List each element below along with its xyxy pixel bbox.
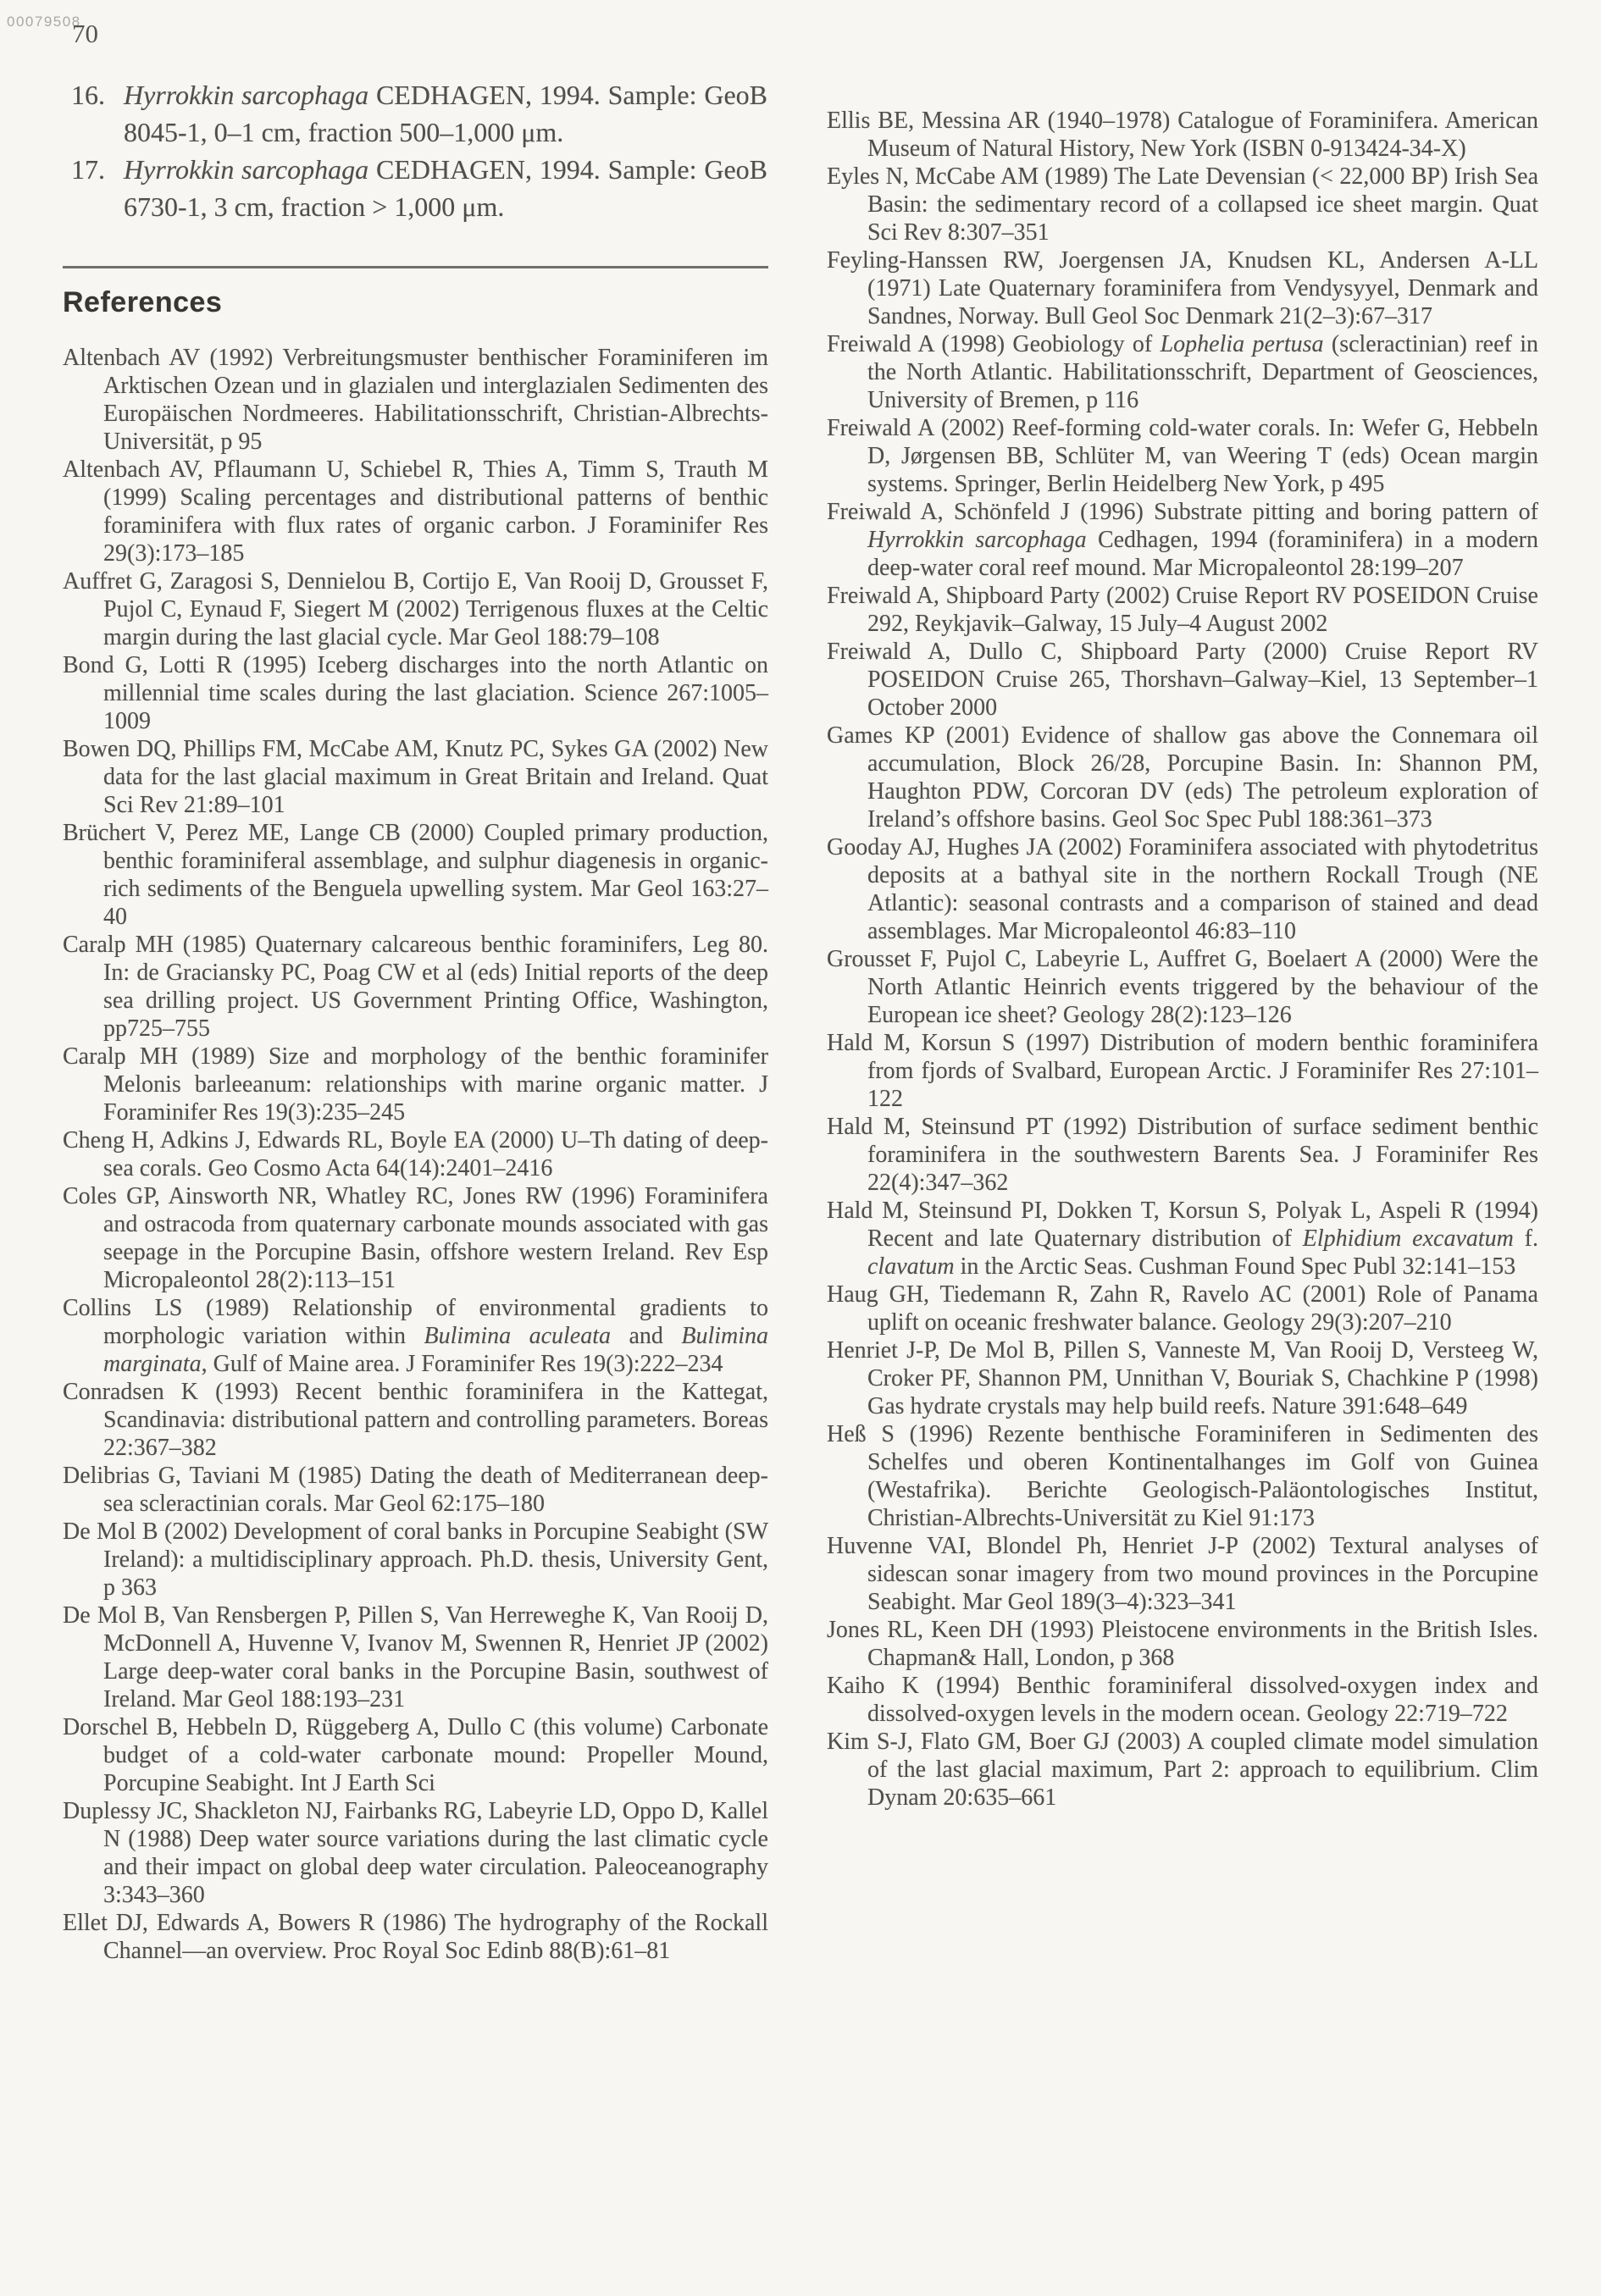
reference-text: Altenbach AV (1992) Verbreitungsmuster b… (63, 345, 768, 455)
reference-item: Hald M, Korsun S (1997) Distribution of … (827, 1029, 1538, 1113)
reference-item: Conradsen K (1993) Recent benthic forami… (63, 1378, 768, 1462)
reference-item: Games KP (2001) Evidence of shallow gas … (827, 722, 1538, 833)
reference-item: Hald M, Steinsund PT (1992) Distribution… (827, 1113, 1538, 1197)
reference-item: Ellet DJ, Edwards A, Bowers R (1986) The… (63, 1909, 768, 1965)
reference-text: and (611, 1323, 681, 1349)
taxon-name-italic: Hyrrokkin sarcophaga (867, 527, 1087, 553)
reference-item: Cheng H, Adkins J, Edwards RL, Boyle EA … (63, 1126, 768, 1182)
taxon-name-italic: Bulimina aculeata (424, 1323, 612, 1349)
reference-item: Freiwald A, Shipboard Party (2002) Cruis… (827, 582, 1538, 638)
reference-item: Freiwald A, Schönfeld J (1996) Substrate… (827, 498, 1538, 582)
reference-text: Coles GP, Ainsworth NR, Whatley RC, Jone… (63, 1183, 768, 1293)
reference-item: Grousset F, Pujol C, Labeyrie L, Auffret… (827, 945, 1538, 1029)
reference-text: , Gulf of Maine area. J Foraminifer Res … (202, 1351, 723, 1377)
left-column: 16.Hyrrokkin sarcophaga CEDHAGEN, 1994. … (63, 76, 768, 1965)
section-divider-rule (63, 266, 768, 268)
reference-item: Brüchert V, Perez ME, Lange CB (2000) Co… (63, 819, 768, 931)
reference-item: Feyling-Hanssen RW, Joergensen JA, Knuds… (827, 246, 1538, 330)
reference-text: De Mol B (2002) Development of coral ban… (63, 1519, 768, 1601)
reference-text: Duplessy JC, Shackleton NJ, Fairbanks RG… (63, 1798, 768, 1908)
taxon-name-italic: Lophelia pertusa (1161, 331, 1324, 357)
page-number: 70 (72, 19, 98, 49)
reference-item: Altenbach AV (1992) Verbreitungsmuster b… (63, 344, 768, 456)
reference-item: Freiwald A (2002) Reef-forming cold-wate… (827, 414, 1538, 498)
reference-item: Auffret G, Zaragosi S, Dennielou B, Cort… (63, 567, 768, 651)
reference-text: Freiwald A, Schönfeld J (1996) Substrate… (827, 499, 1538, 525)
taxon-name-italic: Hyrrokkin sarcophaga (124, 154, 368, 185)
reference-text: Hald M, Steinsund PT (1992) Distribution… (827, 1114, 1538, 1196)
reference-item: Ellis BE, Messina AR (1940–1978) Catalog… (827, 107, 1538, 163)
reference-text: Kim S-J, Flato GM, Boer GJ (2003) A coup… (827, 1729, 1538, 1811)
reference-item: Freiwald A, Dullo C, Shipboard Party (20… (827, 638, 1538, 722)
references-list-right: Ellis BE, Messina AR (1940–1978) Catalog… (827, 107, 1538, 1812)
reference-item: Kaiho K (1994) Benthic foraminiferal dis… (827, 1672, 1538, 1728)
reference-text: Ellet DJ, Edwards A, Bowers R (1986) The… (63, 1910, 768, 1964)
reference-text: Jones RL, Keen DH (1993) Pleistocene env… (827, 1617, 1538, 1671)
right-column: Ellis BE, Messina AR (1940–1978) Catalog… (827, 82, 1538, 1812)
reference-item: Freiwald A (1998) Geobiology of Lophelia… (827, 330, 1538, 414)
references-heading: References (63, 285, 768, 319)
reference-item: Coles GP, Ainsworth NR, Whatley RC, Jone… (63, 1182, 768, 1294)
reference-item: Dorschel B, Hebbeln D, Rüggeberg A, Dull… (63, 1713, 768, 1797)
reference-text: Auffret G, Zaragosi S, Dennielou B, Cort… (63, 568, 768, 650)
reference-text: Freiwald A (1998) Geobiology of (827, 331, 1161, 357)
specimen-item-number: 16. (71, 76, 105, 113)
reference-text: De Mol B, Van Rensbergen P, Pillen S, Va… (63, 1602, 768, 1712)
reference-item: Bowen DQ, Phillips FM, McCabe AM, Knutz … (63, 735, 768, 819)
reference-item: Kim S-J, Flato GM, Boer GJ (2003) A coup… (827, 1728, 1538, 1812)
reference-item: Hald M, Steinsund PI, Dokken T, Korsun S… (827, 1197, 1538, 1281)
reference-text: Freiwald A, Shipboard Party (2002) Cruis… (827, 583, 1538, 637)
reference-text: Delibrias G, Taviani M (1985) Dating the… (63, 1463, 768, 1517)
reference-text: Feyling-Hanssen RW, Joergensen JA, Knuds… (827, 247, 1538, 329)
specimen-item-number: 17. (71, 151, 105, 188)
reference-text: Heß S (1996) Rezente benthische Foramini… (827, 1421, 1538, 1531)
reference-text: Bond G, Lotti R (1995) Iceberg discharge… (63, 652, 768, 734)
references-list-left: Altenbach AV (1992) Verbreitungsmuster b… (63, 344, 768, 1965)
reference-item: Duplessy JC, Shackleton NJ, Fairbanks RG… (63, 1797, 768, 1909)
taxon-name-italic: Hyrrokkin sarcophaga (124, 80, 368, 110)
taxon-name-italic: clavatum (867, 1253, 955, 1280)
reference-item: Haug GH, Tiedemann R, Zahn R, Ravelo AC … (827, 1281, 1538, 1336)
reference-text: Kaiho K (1994) Benthic foraminiferal dis… (827, 1673, 1538, 1727)
specimen-list-item: 16.Hyrrokkin sarcophaga CEDHAGEN, 1994. … (71, 76, 767, 151)
reference-text: Bowen DQ, Phillips FM, McCabe AM, Knutz … (63, 736, 768, 818)
reference-item: Eyles N, McCabe AM (1989) The Late Deven… (827, 163, 1538, 246)
reference-text: Freiwald A, Dullo C, Shipboard Party (20… (827, 639, 1538, 721)
reference-text: Huvenne VAI, Blondel Ph, Henriet J-P (20… (827, 1533, 1538, 1615)
reference-text: Haug GH, Tiedemann R, Zahn R, Ravelo AC … (827, 1281, 1538, 1336)
reference-text: f. (1514, 1225, 1538, 1252)
reference-item: Huvenne VAI, Blondel Ph, Henriet J-P (20… (827, 1532, 1538, 1616)
reference-item: De Mol B (2002) Development of coral ban… (63, 1518, 768, 1602)
reference-text: Dorschel B, Hebbeln D, Rüggeberg A, Dull… (63, 1714, 768, 1796)
reference-item: Henriet J-P, De Mol B, Pillen S, Vannest… (827, 1336, 1538, 1420)
reference-item: Jones RL, Keen DH (1993) Pleistocene env… (827, 1616, 1538, 1672)
reference-item: Heß S (1996) Rezente benthische Foramini… (827, 1420, 1538, 1532)
reference-text: Grousset F, Pujol C, Labeyrie L, Auffret… (827, 946, 1538, 1028)
reference-item: Caralp MH (1989) Size and morphology of … (63, 1043, 768, 1126)
reference-text: Ellis BE, Messina AR (1940–1978) Catalog… (827, 108, 1538, 162)
reference-text: Gooday AJ, Hughes JA (2002) Foraminifera… (827, 834, 1538, 944)
reference-item: Bond G, Lotti R (1995) Iceberg discharge… (63, 651, 768, 735)
reference-text: Eyles N, McCabe AM (1989) The Late Deven… (827, 163, 1538, 246)
reference-text: Caralp MH (1989) Size and morphology of … (63, 1043, 768, 1126)
reference-text: Conradsen K (1993) Recent benthic forami… (63, 1379, 768, 1461)
reference-item: Delibrias G, Taviani M (1985) Dating the… (63, 1462, 768, 1518)
reference-text: Games KP (2001) Evidence of shallow gas … (827, 722, 1538, 833)
reference-text: Brüchert V, Perez ME, Lange CB (2000) Co… (63, 820, 768, 930)
reference-item: De Mol B, Van Rensbergen P, Pillen S, Va… (63, 1602, 768, 1713)
taxon-name-italic: Elphidium excavatum (1303, 1225, 1514, 1252)
reference-text: Henriet J-P, De Mol B, Pillen S, Vannest… (827, 1337, 1538, 1419)
reference-text: Caralp MH (1985) Quaternary calcareous b… (63, 932, 768, 1042)
reference-text: Altenbach AV, Pflaumann U, Schiebel R, T… (63, 456, 768, 567)
reference-item: Caralp MH (1985) Quaternary calcareous b… (63, 931, 768, 1043)
reference-text: Hald M, Korsun S (1997) Distribution of … (827, 1030, 1538, 1112)
scan-watermark: 00079508 (7, 14, 81, 30)
reference-item: Collins LS (1989) Relationship of enviro… (63, 1294, 768, 1378)
reference-text: Cheng H, Adkins J, Edwards RL, Boyle EA … (63, 1127, 768, 1181)
reference-item: Altenbach AV, Pflaumann U, Schiebel R, T… (63, 456, 768, 567)
reference-item: Gooday AJ, Hughes JA (2002) Foraminifera… (827, 833, 1538, 945)
reference-text: in the Arctic Seas. Cushman Found Spec P… (955, 1253, 1516, 1280)
specimen-list-item: 17.Hyrrokkin sarcophaga CEDHAGEN, 1994. … (71, 151, 767, 225)
reference-text: Freiwald A (2002) Reef-forming cold-wate… (827, 415, 1538, 497)
specimen-list: 16.Hyrrokkin sarcophaga CEDHAGEN, 1994. … (71, 76, 767, 225)
